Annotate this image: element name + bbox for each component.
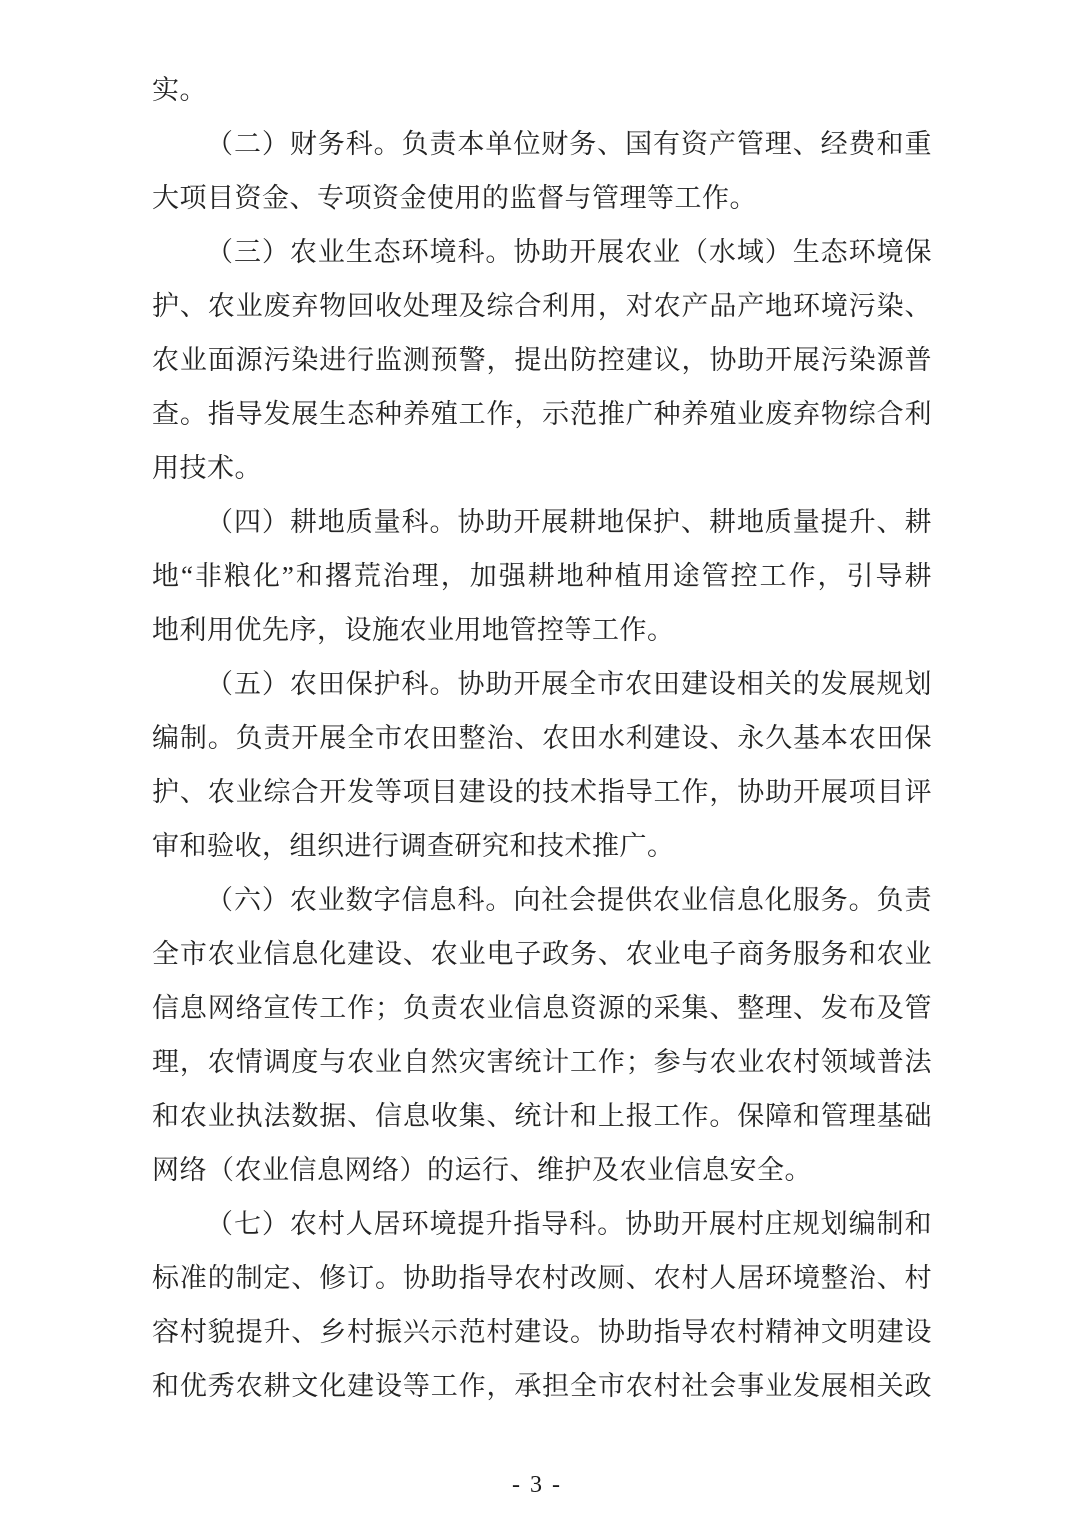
- text-line: 审和验收，组织进行调查研究和技术推广。: [152, 819, 932, 873]
- page-footer: - 3 -: [0, 1470, 1074, 1500]
- text-line: （四）耕地质量科。协助开展耕地保护、耕地质量提升、耕: [152, 495, 932, 549]
- text-line: 大项目资金、专项资金使用的监督与管理等工作。: [152, 171, 932, 225]
- text-line: （三）农业生态环境科。协助开展农业（水域）生态环境保: [152, 225, 932, 279]
- text-line: 和农业执法数据、信息收集、统计和上报工作。保障和管理基础: [152, 1089, 932, 1143]
- text-line: 用技术。: [152, 441, 932, 495]
- text-line: （七）农村人居环境提升指导科。协助开展村庄规划编制和: [152, 1197, 932, 1251]
- text-line: 编制。负责开展全市农田整治、农田水利建设、永久基本农田保: [152, 711, 932, 765]
- document-page: 实。（二）财务科。负责本单位财务、国有资产管理、经费和重大项目资金、专项资金使用…: [0, 0, 1074, 1520]
- text-line: （二）财务科。负责本单位财务、国有资产管理、经费和重: [152, 117, 932, 171]
- text-line: 实。: [152, 63, 932, 117]
- text-line: 护、农业废弃物回收处理及综合利用，对农产品产地环境污染、: [152, 279, 932, 333]
- text-line: 和优秀农耕文化建设等工作，承担全市农村社会事业发展相关政: [152, 1359, 932, 1413]
- text-line: （五）农田保护科。协助开展全市农田建设相关的发展规划: [152, 657, 932, 711]
- text-line: 地利用优先序，设施农业用地管控等工作。: [152, 603, 932, 657]
- text-line: 信息网络宣传工作；负责农业信息资源的采集、整理、发布及管: [152, 981, 932, 1035]
- text-line: 标准的制定、修订。协助指导农村改厕、农村人居环境整治、村: [152, 1251, 932, 1305]
- text-line: 全市农业信息化建设、农业电子政务、农业电子商务服务和农业: [152, 927, 932, 981]
- text-line: 农业面源污染进行监测预警，提出防控建议，协助开展污染源普: [152, 333, 932, 387]
- text-line: 地“非粮化”和撂荒治理，加强耕地种植用途管控工作，引导耕: [152, 549, 932, 603]
- text-line: （六）农业数字信息科。向社会提供农业信息化服务。负责: [152, 873, 932, 927]
- text-line: 理，农情调度与农业自然灾害统计工作；参与农业农村领域普法: [152, 1035, 932, 1089]
- page-number: - 3 -: [512, 1472, 562, 1498]
- text-line: 护、农业综合开发等项目建设的技术指导工作，协助开展项目评: [152, 765, 932, 819]
- document-body: 实。（二）财务科。负责本单位财务、国有资产管理、经费和重大项目资金、专项资金使用…: [152, 63, 932, 1413]
- text-line: 网络（农业信息网络）的运行、维护及农业信息安全。: [152, 1143, 932, 1197]
- text-line: 查。指导发展生态种养殖工作，示范推广种养殖业废弃物综合利: [152, 387, 932, 441]
- text-line: 容村貌提升、乡村振兴示范村建设。协助指导农村精神文明建设: [152, 1305, 932, 1359]
